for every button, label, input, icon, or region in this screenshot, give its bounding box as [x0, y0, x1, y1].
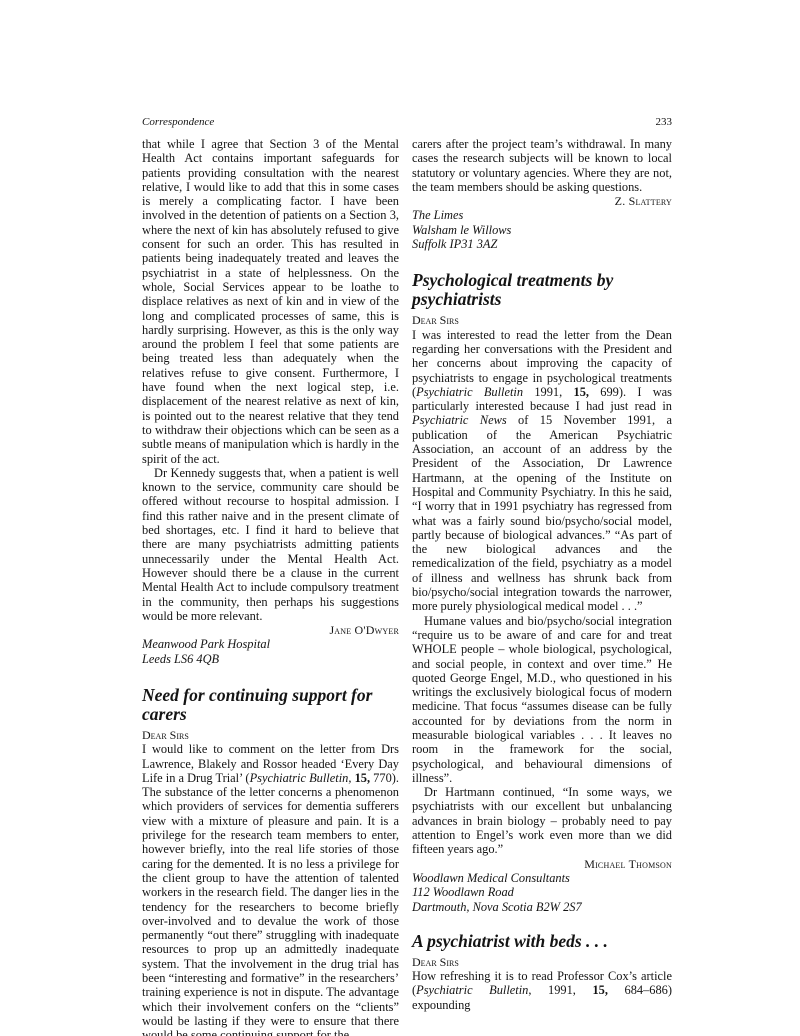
- citation-news: Psychiatric News: [412, 413, 507, 427]
- address-line: The Limes: [412, 208, 672, 222]
- letter1-signature: Jane O'Dwyer: [142, 623, 399, 637]
- letter1-address: Meanwood Park Hospital Leeds LS6 4QB: [142, 637, 399, 666]
- address-line: Leeds LS6 4QB: [142, 652, 399, 666]
- journal-page: Correspondence 233 that while I agree th…: [0, 0, 800, 1036]
- address-line: Dartmouth, Nova Scotia B2W 2S7: [412, 900, 672, 914]
- letter2-paragraph-1: I would like to comment on the letter fr…: [142, 742, 399, 1036]
- letter3-address: Woodlawn Medical Consultants 112 Woodlaw…: [412, 871, 672, 914]
- address-line: 112 Woodlawn Road: [412, 885, 672, 899]
- citation-journal: Psychiatric Bulletin: [416, 385, 523, 399]
- letter2-address: The Limes Walsham le Willows Suffolk IP3…: [412, 208, 672, 251]
- letter2-salutation: Dear Sirs: [142, 728, 399, 742]
- address-line: Suffolk IP31 3AZ: [412, 237, 672, 251]
- page-number: 233: [656, 116, 673, 128]
- letter4-salutation: Dear Sirs: [412, 955, 672, 969]
- citation-volume: 15,: [592, 983, 608, 997]
- letter1-paragraph-1: that while I agree that Section 3 of the…: [142, 137, 399, 466]
- letter2-signature: Z. Slattery: [412, 194, 672, 208]
- right-column: carers after the project team’s withdraw…: [412, 137, 672, 1012]
- letter3-paragraph-2: Humane values and bio/psycho/social inte…: [412, 614, 672, 786]
- address-line: Walsham le Willows: [412, 223, 672, 237]
- left-column: that while I agree that Section 3 of the…: [142, 137, 399, 1036]
- section-title: Correspondence: [142, 116, 214, 128]
- address-line: Woodlawn Medical Consultants: [412, 871, 672, 885]
- address-line: Meanwood Park Hospital: [142, 637, 399, 651]
- citation-volume: 15,: [355, 771, 371, 785]
- citation-volume: 15,: [574, 385, 590, 399]
- letter3-paragraph-1: I was interested to read the letter from…: [412, 328, 672, 614]
- letter4-paragraph-1: How refreshing it is to read Professor C…: [412, 969, 672, 1012]
- letter3-signature: Michael Thomson: [412, 857, 672, 871]
- letter4-heading: A psychiatrist with beds . . .: [412, 932, 672, 951]
- letter3-paragraph-3: Dr Hartmann continued, “In some ways, we…: [412, 785, 672, 856]
- running-head: Correspondence 233: [142, 116, 672, 130]
- letter2-paragraph-continuation: carers after the project team’s withdraw…: [412, 137, 672, 194]
- letter3-heading: Psychological treatments by psychiatrist…: [412, 271, 672, 309]
- letter3-salutation: Dear Sirs: [412, 313, 672, 327]
- letter2-heading: Need for continuing support for carers: [142, 686, 399, 724]
- citation-journal: Psychiatric Bulletin: [416, 983, 528, 997]
- citation-journal: Psychiatric Bulletin,: [250, 771, 352, 785]
- letter1-paragraph-2: Dr Kennedy suggests that, when a patient…: [142, 466, 399, 623]
